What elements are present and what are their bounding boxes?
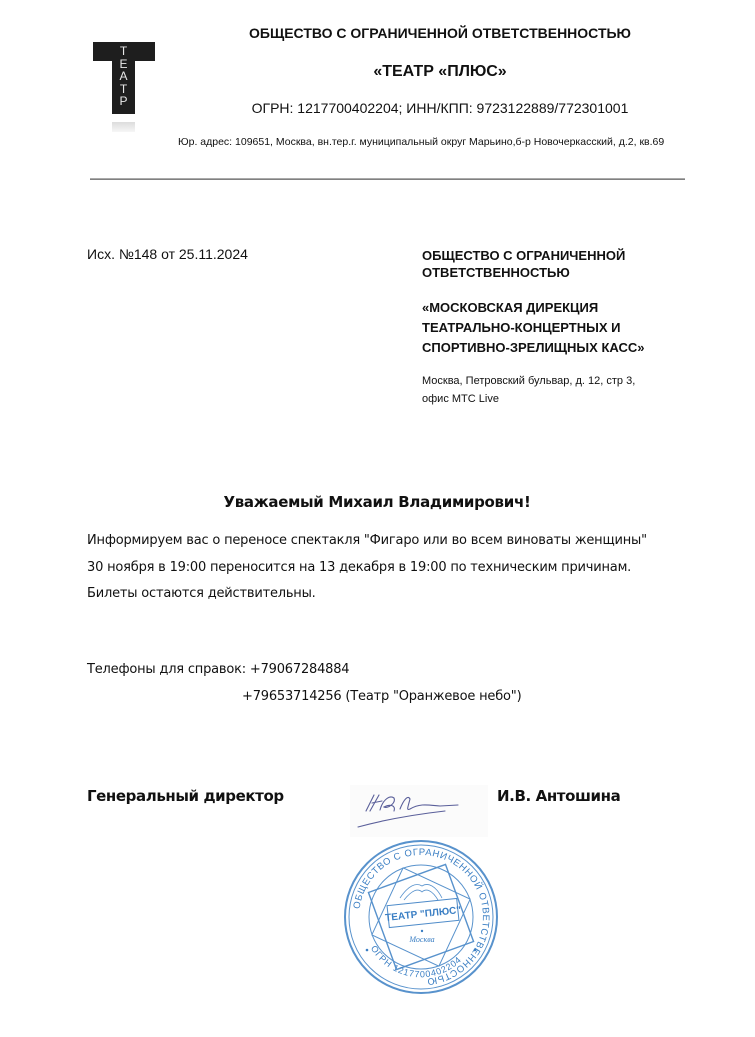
- greeting: Уважаемый Михаил Владимирович!: [87, 493, 667, 511]
- body-line: Информируем вас о переносе спектакля "Фи…: [87, 528, 727, 555]
- header-org-type: ОБЩЕСТВО С ОГРАНИЧЕННОЙ ОТВЕТСТВЕННОСТЬЮ: [170, 25, 710, 41]
- logo-letter: Т: [112, 45, 135, 58]
- body-line: 30 ноября в 19:00 переносится на 13 дека…: [87, 555, 727, 582]
- recipient-name-line: «МОСКОВСКАЯ ДИРЕКЦИЯ: [422, 298, 712, 318]
- phone-second-line: +79653714256 (Театр "Оранжевое небо"): [242, 689, 521, 704]
- recipient-address-line: Москва, Петровский бульвар, д. 12, стр 3…: [422, 372, 692, 390]
- recipient-name-line: СПОРТИВНО-ЗРЕЛИЩНЫХ КАСС»: [422, 338, 712, 358]
- logo-letter: А: [112, 70, 135, 83]
- letter-body: Информируем вас о переносе спектакля "Фи…: [87, 528, 727, 608]
- recipient-address-line: офис МТС Live: [422, 390, 692, 408]
- company-logo: Т Е А Т Р: [93, 42, 155, 114]
- header-registration: ОГРН: 1217700402204; ИНН/КПП: 9723122889…: [170, 100, 710, 116]
- logo-reflection: [112, 122, 135, 132]
- header-legal-address: Юр. адрес: 109651, Москва, вн.тер.г. мун…: [178, 136, 698, 148]
- signatory-position: Генеральный директор: [87, 787, 284, 805]
- company-seal-stamp: ОБЩЕСТВО С ОГРАНИЧЕННОЙ ОТВЕТСТВЕННОСТЬЮ…: [342, 838, 500, 996]
- recipient-address: Москва, Петровский бульвар, д. 12, стр 3…: [422, 372, 692, 408]
- body-line: Билеты остаются действительны.: [87, 581, 727, 608]
- recipient-name-line: ТЕАТРАЛЬНО-КОНЦЕРТНЫХ И: [422, 318, 712, 338]
- header-divider: [90, 178, 685, 180]
- signatory-name: И.В. Антошина: [497, 787, 620, 805]
- recipient-name: «МОСКОВСКАЯ ДИРЕКЦИЯ ТЕАТРАЛЬНО-КОНЦЕРТН…: [422, 298, 712, 358]
- outgoing-reference: Исх. №148 от 25.11.2024: [87, 246, 248, 262]
- stamp-city: Москва: [408, 935, 434, 944]
- logo-letter: Р: [112, 95, 135, 108]
- header-org-name: «ТЕАТР «ПЛЮС»: [170, 63, 710, 81]
- handwritten-signature: [350, 785, 488, 837]
- recipient-org-type: ОБЩЕСТВО С ОГРАНИЧЕННОЙ ОТВЕТСТВЕННОСТЬЮ: [422, 247, 692, 281]
- phones-line: Телефоны для справок: +79067284884: [87, 662, 349, 677]
- logo-word: Т Е А Т Р: [112, 45, 135, 108]
